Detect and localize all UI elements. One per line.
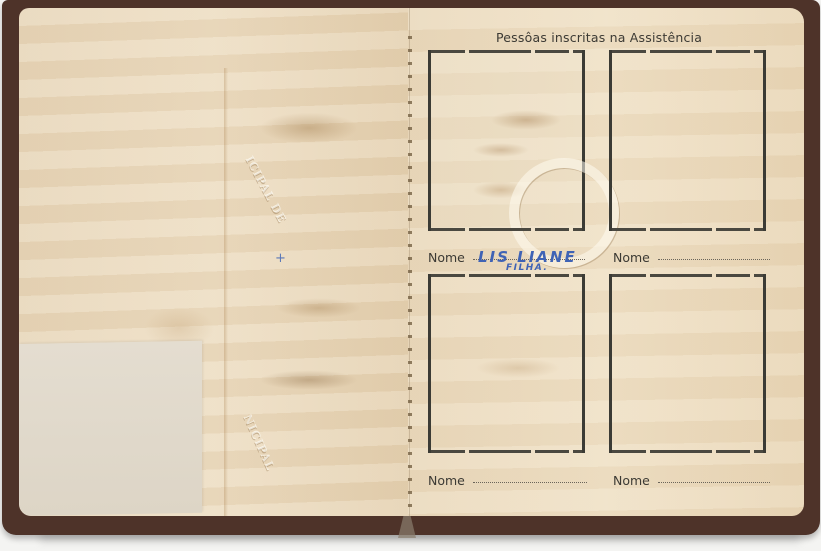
- ink-mark: +: [275, 251, 286, 266]
- photo-slot-1: [428, 50, 585, 231]
- name-label: Nome: [613, 473, 650, 488]
- photo-slot-4: [609, 274, 766, 453]
- name-dotted-line: [658, 259, 770, 260]
- page-fold-stain: [224, 68, 228, 516]
- name-field-4[interactable]: Nome: [613, 473, 770, 488]
- handwritten-relation: FILHA.: [506, 263, 548, 273]
- glued-paper-flap: [19, 341, 202, 516]
- name-field-2[interactable]: Nome: [613, 250, 770, 265]
- left-page: ICIPAL DE NICIPAL +: [19, 8, 408, 516]
- binding-stitches: [408, 28, 412, 508]
- name-dotted-line: [473, 482, 587, 483]
- name-field-3[interactable]: Nome: [428, 473, 587, 488]
- photo-slot-3: [428, 274, 585, 453]
- embossed-stamp-upper: ICIPAL DE: [243, 154, 289, 225]
- page-title: Pessôas inscritas na Assistência: [496, 30, 702, 45]
- name-dotted-line: [658, 482, 770, 483]
- photo-slot-2: [609, 50, 766, 231]
- embossed-stamp-lower: NICIPAL: [241, 413, 277, 473]
- name-label: Nome: [613, 250, 650, 265]
- name-label: Nome: [428, 473, 465, 488]
- name-label: Nome: [428, 250, 465, 265]
- right-page: Pessôas inscritas na Assistência Nome LI…: [408, 8, 804, 516]
